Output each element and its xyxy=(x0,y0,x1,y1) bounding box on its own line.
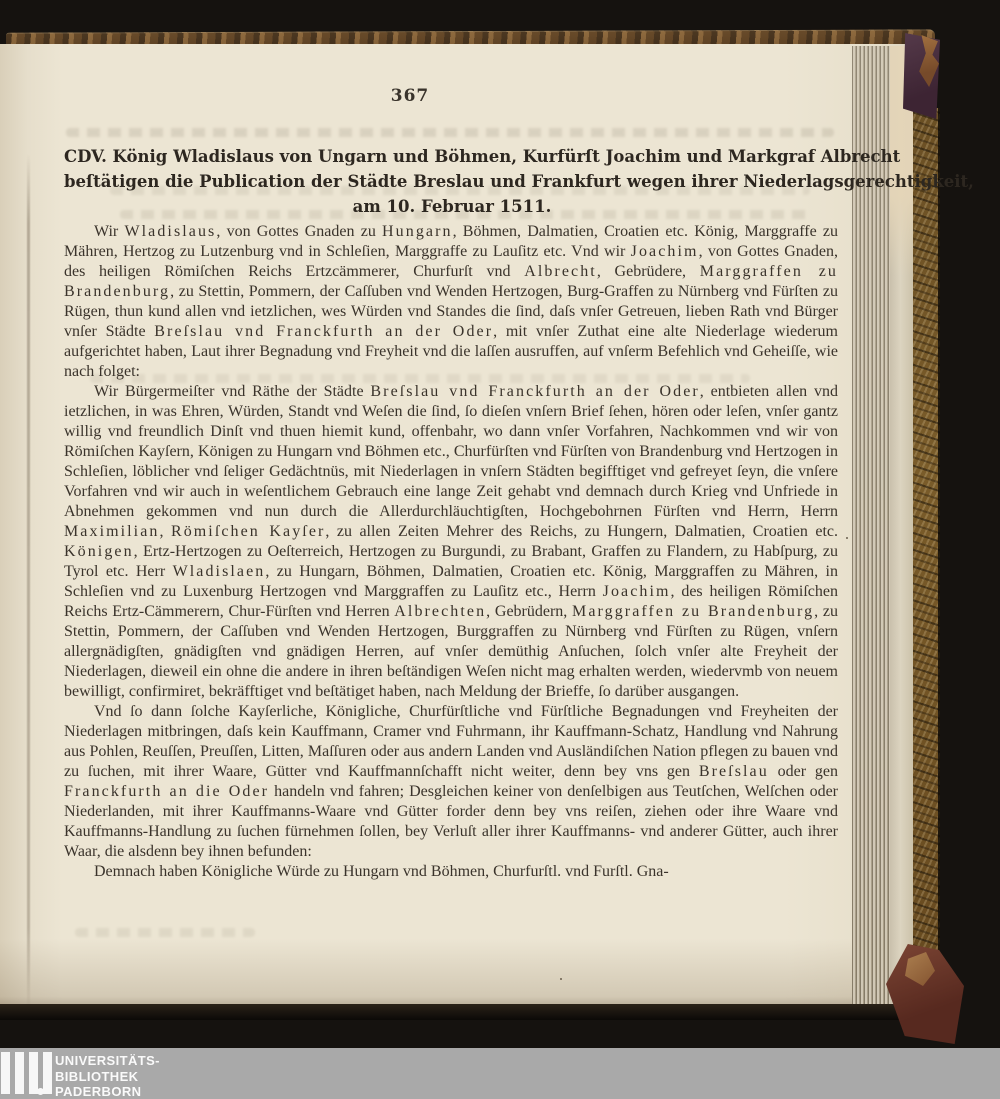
ink-speck xyxy=(846,537,848,539)
logo-bar xyxy=(15,1052,24,1094)
library-name-line: PADERBORN xyxy=(55,1084,160,1099)
logo-bar xyxy=(29,1052,38,1094)
paragraph: Vnd ſo dann ſolche Kayſerliche, Königlic… xyxy=(64,702,838,862)
library-footer-bar: UNIVERSITÄTS- BIBLIOTHEK PADERBORN xyxy=(0,1048,1000,1099)
heading: CDV. König Wladislaus von Ungarn und Böh… xyxy=(64,144,840,219)
paragraph: Wir Wladislaus, von Gottes Gnaden zu Hun… xyxy=(64,222,838,382)
ink-speck xyxy=(560,978,562,980)
logo-bar xyxy=(1,1052,10,1094)
heading-line: beſtätigen die Publication der Städte Br… xyxy=(64,169,840,194)
logo-dot-icon xyxy=(37,1088,44,1095)
library-name-line: UNIVERSITÄTS- xyxy=(55,1053,160,1069)
paragraph: Wir Bürgermeiſter vnd Räthe der Städte B… xyxy=(64,382,838,702)
heading-line: am 10. Februar 1511. xyxy=(64,194,840,219)
body-text: Wir Wladislaus, von Gottes Gnaden zu Hun… xyxy=(64,222,838,882)
book-page: 367 CDV. König Wladislaus von Ungarn und… xyxy=(0,44,912,1006)
page-number: 367 xyxy=(340,86,480,106)
library-name: UNIVERSITÄTS- BIBLIOTHEK PADERBORN xyxy=(55,1053,160,1099)
library-name-line: BIBLIOTHEK xyxy=(55,1069,160,1085)
page-gutter-crease xyxy=(27,154,30,1014)
marbled-cover-edge xyxy=(913,108,940,1005)
logo-bar xyxy=(43,1052,52,1094)
page-bottom-shadow xyxy=(0,1004,940,1020)
library-logo-icon xyxy=(1,1052,52,1094)
bleedthrough-line xyxy=(66,128,834,137)
bleedthrough-line xyxy=(75,928,255,937)
heading-line: CDV. König Wladislaus von Ungarn und Böh… xyxy=(64,144,840,169)
paragraph: Demnach haben Königliche Würde zu Hungar… xyxy=(64,862,838,882)
